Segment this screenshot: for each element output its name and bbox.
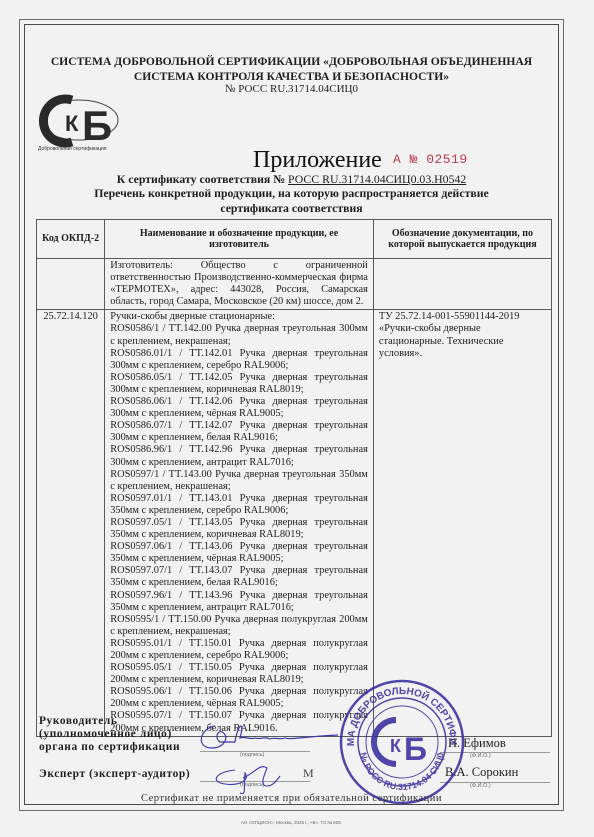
- system-title-line-1: СИСТЕМА ДОБРОВОЛЬНОЙ СЕРТИФИКАЦИИ «ДОБРО…: [24, 54, 559, 69]
- list-title: Перечень конкретной продукции, на котору…: [24, 186, 559, 215]
- product-group: Ручки-скобы дверные стационарные:: [110, 311, 368, 323]
- manufacturer-doc-cell: [373, 259, 551, 310]
- product-item: ROS0595.05/1 / TT.150.05 Ручка дверная п…: [110, 662, 368, 686]
- table-row: 25.72.14.120 Ручки-скобы дверные стацион…: [37, 310, 552, 736]
- product-item: ROS0595/1 / TT.150.00 Ручка дверная полу…: [110, 614, 368, 638]
- product-item: ROS0586.96/1 / TT.142.96 Ручка дверная т…: [110, 444, 368, 468]
- head-name-caption: (Ф.И.О.): [470, 753, 491, 759]
- product-item: ROS0586/1 / TT.142.00 Ручка дверная треу…: [110, 323, 368, 347]
- product-list-cell: Ручки-скобы дверные стационарные: ROS058…: [105, 310, 374, 736]
- expert-signature-icon: [205, 758, 285, 798]
- appendix-title: Приложение: [253, 146, 382, 174]
- product-item: ROS0595.06/1 / TT.150.06 Ручка дверная п…: [110, 686, 368, 710]
- head-signature-icon: [190, 718, 340, 758]
- svg-text:К: К: [65, 111, 79, 136]
- expert-name-caption: (Ф.И.О.): [470, 783, 491, 789]
- product-item: ROS0586.01/1 / TT.142.01 Ручка дверная т…: [110, 348, 368, 372]
- product-item: ROS0597.06/1 / TT.143.06 Ручка дверная т…: [110, 541, 368, 565]
- documentation-cell: ТУ 25.72.14-001-55901144-2019 «Ручки-ско…: [373, 310, 551, 736]
- header-documentation: Обозначение документации, по которой вып…: [373, 220, 551, 259]
- svg-text:Б: Б: [82, 102, 112, 149]
- voluntary-note: Сертификат не применяется при обязательн…: [24, 793, 559, 804]
- product-item: ROS0586.07/1 / TT.142.07 Ручка дверная т…: [110, 420, 368, 444]
- product-table: Код ОКПД-2 Наименование и обозначение пр…: [36, 219, 552, 737]
- head-label-line-3: органа по сертификации: [39, 741, 180, 754]
- manufacturer-row: Изготовитель: Общество с ограниченной от…: [37, 259, 552, 310]
- svg-text:К: К: [390, 736, 402, 756]
- okpd-code-cell: 25.72.14.120: [37, 310, 105, 736]
- product-item: ROS0586.05/1 / TT.142.05 Ручка дверная т…: [110, 372, 368, 396]
- certificate-reference: К сертификату соответствия № РОСС RU.317…: [24, 172, 559, 187]
- manufacturer-code-cell: [37, 259, 105, 310]
- list-title-line-1: Перечень конкретной продукции, на котору…: [24, 186, 559, 201]
- product-item: ROS0586.06/1 / TT.142.06 Ручка дверная т…: [110, 396, 368, 420]
- header-okpd-code: Код ОКПД-2: [37, 220, 105, 259]
- system-title-line-2: СИСТЕМА КОНТРОЛЯ КАЧЕСТВА И БЕЗОПАСНОСТИ…: [24, 69, 559, 84]
- logo-caption: Добровольная сертификация: [38, 146, 106, 152]
- certificate-number: РОСС RU.31714.04СИЦ0.03.Н0542: [288, 172, 466, 186]
- head-signatory-label: Руководитель (уполномоченное лицо) орган…: [39, 715, 180, 754]
- product-item: ROS0597.07/1 / TT.143.07 Ручка дверная т…: [110, 565, 368, 589]
- header-product-name: Наименование и обозначение продукции, ее…: [105, 220, 374, 259]
- table-header-row: Код ОКПД-2 Наименование и обозначение пр…: [37, 220, 552, 259]
- svg-text:№ РОСС RU.31714.04 СИЦ0: № РОСС RU.31714.04 СИЦ0: [358, 751, 446, 792]
- printer-imprint: АО «ОПЦИОН», Москва, 2025 г., «Б». ТЗ № …: [24, 820, 559, 825]
- appendix-series-number: А № 02519: [393, 152, 468, 167]
- expert-signatory-label: Эксперт (эксперт-аудитор): [39, 768, 190, 781]
- svg-text:Б: Б: [404, 731, 427, 767]
- product-item: ROS0597/1 / TT.143.00 Ручка дверная треу…: [110, 469, 368, 493]
- head-label-line-2: (уполномоченное лицо): [39, 728, 180, 741]
- certification-stamp-icon: СИСТЕМА ДОБРОВОЛЬНОЙ СЕРТИФИКАЦИИ № РОСС…: [338, 678, 466, 806]
- skb-logo-icon: К Б: [38, 92, 120, 154]
- list-title-line-2: сертификата соответствия: [24, 201, 559, 216]
- manufacturer-cell: Изготовитель: Общество с ограниченной от…: [105, 259, 374, 310]
- seal-mark: М: [303, 766, 314, 781]
- product-item: ROS0597.96/1 / TT.143.96 Ручка дверная т…: [110, 590, 368, 614]
- product-item: ROS0597.01/1 / TT.143.01 Ручка дверная т…: [110, 493, 368, 517]
- product-items: ROS0586/1 / TT.142.00 Ручка дверная треу…: [110, 323, 368, 734]
- certificate-prefix: К сертификату соответствия №: [117, 172, 288, 186]
- product-item: ROS0595.01/1 / TT.150.01 Ручка дверная п…: [110, 638, 368, 662]
- head-label-line-1: Руководитель: [39, 715, 180, 728]
- product-item: ROS0597.05/1 / TT.143.05 Ручка дверная т…: [110, 517, 368, 541]
